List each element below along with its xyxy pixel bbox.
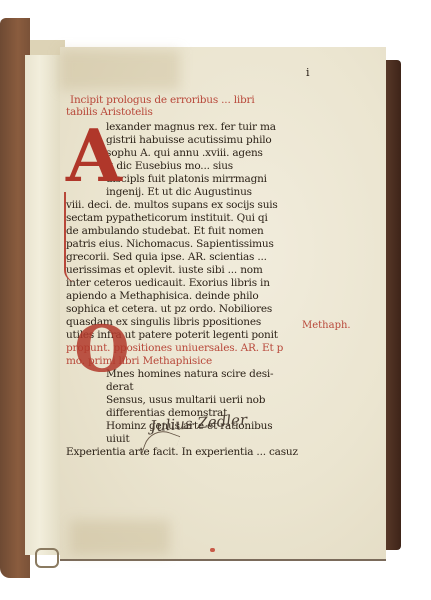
margin-note: Methaph.	[302, 320, 351, 331]
text-line: de ambulando studebat. Et fuit nomen	[66, 225, 264, 237]
text-line: uiuit	[106, 433, 129, 445]
rubric-heading-line: Incipit prologus de erroribus ... libri	[70, 94, 255, 106]
text-line: grecorii. Sed quia ipse. AR. scientias .…	[66, 251, 267, 263]
text-line: inter ceteros uedicauit. Exorius libris …	[66, 277, 270, 289]
folio-number: i	[306, 66, 310, 79]
wax-spot	[210, 548, 215, 552]
book-cover-right	[384, 60, 401, 550]
text-line: uerissimas et oplevit. iuste sibi ... no…	[66, 264, 263, 276]
guard-strip	[25, 55, 62, 555]
water-stain	[60, 50, 180, 90]
text-line: patris eius. Nichomacus. Sapientissimus	[66, 238, 274, 250]
text-line: viii. deci. de. multos supans ex socijs …	[66, 199, 278, 211]
water-stain	[70, 520, 170, 555]
decorated-initial-o: O	[74, 318, 130, 382]
text-line: Experientia arte facit. In experientia .…	[66, 446, 298, 458]
text-line: Mnes homines natura scire desi-	[106, 368, 273, 380]
text-line: discipls fuit platonis mirrmagni	[106, 173, 267, 185]
text-line: ingenij. Et ut dic Augustinus	[106, 186, 252, 198]
decorated-initial-a: A	[66, 120, 122, 192]
text-line: sectam pypatheticorum instituit. Qui qi	[66, 212, 268, 224]
text-line: Sensus, usus multarii uerii nob	[106, 394, 265, 406]
text-line: apiendo a Methaphisica. deinde philo	[66, 290, 259, 302]
text-line: lexander magnus rex. fer tuir ma	[106, 121, 276, 133]
binding-tie	[35, 548, 59, 568]
text-line: gistrii habuisse acutissimu philo	[106, 134, 272, 146]
text-line: it dic Eusebius mo... sius	[106, 160, 233, 172]
text-line: sophu A. qui annu .xviii. agens	[106, 147, 263, 159]
initial-flourish	[64, 192, 78, 282]
